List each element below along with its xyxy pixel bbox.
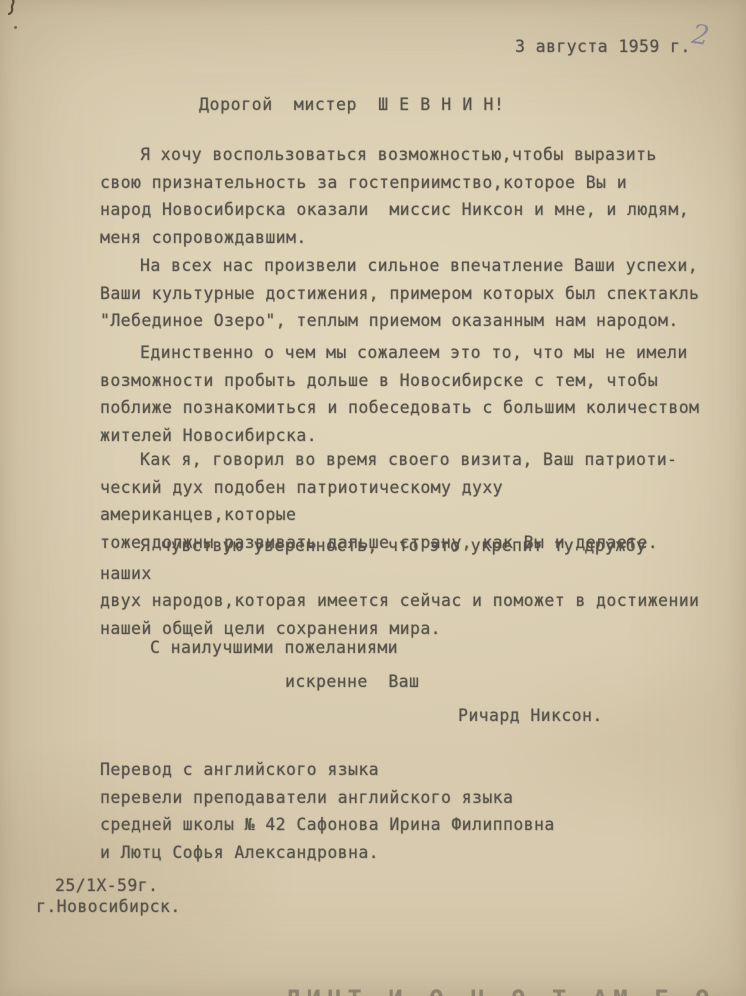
paragraph-5: Я чувствую уверенность, что это укрепит … — [100, 532, 700, 642]
signature-line: Ричард Никсон. — [458, 702, 603, 730]
letter-page: 3 августа 1959 г. 2 Дорогой мистер Ш Е В… — [0, 0, 746, 996]
ink-dot-mark — [14, 26, 17, 29]
closing-sincerely: искренне Ваш — [285, 668, 419, 696]
salutation: Дорогой мистер Ш Е В Н И Н! — [199, 91, 504, 119]
date-line: 3 августа 1959 г. — [515, 33, 691, 61]
cutoff-next-page-text: ЛИНТ И О Н О Т АМ Г О — [286, 985, 746, 996]
translator-note: Перевод с английского языка перевели пре… — [100, 756, 700, 866]
footer-city: г.Новосибирск. — [36, 893, 181, 921]
closing-wishes: С наилучшими пожеланиями — [150, 634, 398, 662]
handwritten-page-number: 2 — [690, 19, 711, 52]
paragraph-1: Я хочу воспользоваться возможностью,чтоб… — [100, 141, 700, 251]
paragraph-3: Единственно о чем мы сожалеем это то, чт… — [100, 339, 700, 449]
ink-squiggle-mark — [4, 0, 24, 22]
paragraph-2: На всех нас произвели сильное впечатлени… — [100, 252, 700, 335]
